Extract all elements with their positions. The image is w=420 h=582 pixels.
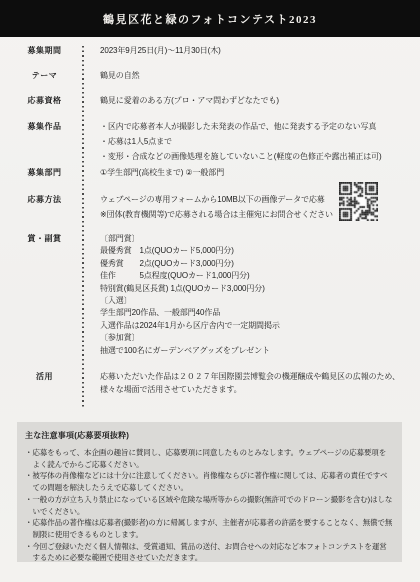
contest-poster: 鶴見区花と緑のフォトコンテスト2023 募集期間 2023年9月25日(月)～1…	[0, 0, 420, 582]
row-text: 入選作品は2024年1月から区庁舎内で一定期間掲示	[100, 320, 420, 332]
row-label: テーマ	[0, 69, 83, 83]
label-content-dotted-divider	[82, 46, 84, 408]
row-eligibility: 応募資格 鶴見に愛着のある方(プロ・アマ問わずどなたでも)	[0, 94, 420, 108]
row-categories: 募集部門 ①学生部門(高校生まで) ②一般部門	[0, 166, 420, 180]
row-prizes: 賞・副賞 〔部門賞〕 最優秀賞 1点(QUOカード5,000円分) 優秀賞 2点…	[0, 233, 420, 357]
row-label: 募集部門	[0, 166, 83, 180]
row-label: 募集作品	[0, 119, 83, 134]
poster-title-bar: 鶴見区花と緑のフォトコンテスト2023	[0, 0, 420, 37]
row-text: 〔部門賞〕	[100, 233, 420, 245]
note-item: ・応募をもって、本企画の趣旨に賛同し、応募要項に同意したものとみなします。ウェブ…	[25, 447, 393, 470]
row-text: 抽選で100名にガーデンベアグッズをプレゼント	[100, 345, 420, 357]
row-label: 応募方法	[0, 192, 83, 207]
note-item: ・一般の方が立ち入り禁止になっている区域や危険な場所等からの撮影(無許可でのドロ…	[25, 494, 393, 517]
row-text: ウェブページの専用フォームから10MB以下の画像データで応募	[100, 192, 338, 207]
row-theme: テーマ 鶴見の自然	[0, 69, 420, 83]
notes-box: 主な注意事項(応募要項抜粋) ・応募をもって、本企画の趣旨に賛同し、応募要項に同…	[17, 422, 402, 562]
row-content: 2023年9月25日(月)～11月30日(木)	[83, 44, 420, 58]
row-label: 応募資格	[0, 94, 83, 108]
row-label: 募集期間	[0, 44, 83, 58]
row-content: 応募いただいた作品は２０２７年国際園芸博覧会の機運醸成や鶴見区の広報のため、 様…	[83, 371, 420, 396]
qr-code	[339, 182, 378, 221]
row-text: 鶴見の自然	[100, 69, 420, 83]
row-text: 〔参加賞〕	[100, 332, 420, 344]
row-text: 鶴見に愛着のある方(プロ・アマ問わずどなたでも)	[100, 94, 420, 108]
row-text: ・区内で応募者本人が撮影した未発表の作品で、他に発表する予定のない写真	[100, 119, 420, 134]
row-submission-requirements: 募集作品 ・区内で応募者本人が撮影した未発表の作品で、他に発表する予定のない写真…	[0, 119, 420, 164]
row-application-period: 募集期間 2023年9月25日(月)～11月30日(木)	[0, 44, 420, 58]
row-label: 活用	[0, 371, 83, 384]
row-text: 様々な場面で活用させていただきます。	[100, 384, 420, 397]
poster-title: 鶴見区花と緑のフォトコンテスト2023	[103, 11, 317, 27]
notes-heading: 主な注意事項(応募要項抜粋)	[25, 430, 393, 441]
row-content: 鶴見に愛着のある方(プロ・アマ問わずどなたでも)	[83, 94, 420, 108]
row-text: ・応募は1人5点まで	[100, 134, 420, 149]
row-usage: 活用 応募いただいた作品は２０２７年国際園芸博覧会の機運醸成や鶴見区の広報のため…	[0, 371, 420, 396]
row-content: ・区内で応募者本人が撮影した未発表の作品で、他に発表する予定のない写真 ・応募は…	[83, 119, 420, 164]
note-item: ・応募作品の著作権は応募者(撮影者)の方に帰属しますが、主催者が応募者の許諾を要…	[25, 517, 393, 540]
qr-code-image	[339, 182, 378, 221]
row-content: ①学生部門(高校生まで) ②一般部門	[83, 166, 420, 180]
row-text: ※団体(教育機関等)で応募される場合は主催宛にお問合せください	[100, 207, 338, 222]
row-text: 応募いただいた作品は２０２７年国際園芸博覧会の機運醸成や鶴見区の広報のため、	[100, 371, 420, 384]
row-text: 佳作 5点程度(QUOカード1,000円分)	[100, 270, 420, 282]
row-text: 2023年9月25日(月)～11月30日(木)	[100, 44, 420, 58]
row-label: 賞・副賞	[0, 233, 83, 245]
row-text: 優秀賞 2点(QUOカード3,000円分)	[100, 258, 420, 270]
row-text: 特別賞(鶴見区長賞) 1点(QUOカード3,000円分)	[100, 283, 420, 295]
row-text: 学生部門20作品、一般部門40作品	[100, 307, 420, 319]
row-text: ①学生部門(高校生まで) ②一般部門	[100, 166, 420, 180]
row-content: 鶴見の自然	[83, 69, 420, 83]
row-content: 〔部門賞〕 最優秀賞 1点(QUOカード5,000円分) 優秀賞 2点(QUOカ…	[83, 233, 420, 357]
note-item: ・被写体の肖像権などには十分に注意してください。肖像権ならびに著作権に関しては、…	[25, 470, 393, 493]
row-text: 〔入選〕	[100, 295, 420, 307]
row-text: ・変形・合成などの画像処理を施していないこと(軽度の色修正や露出補正は可)	[100, 149, 420, 164]
note-item: ・今回ご登録いただく個人情報は、受賞通知、賞品の送付、お問合せへの対応など本フォ…	[25, 541, 393, 564]
row-text: 最優秀賞 1点(QUOカード5,000円分)	[100, 245, 420, 257]
